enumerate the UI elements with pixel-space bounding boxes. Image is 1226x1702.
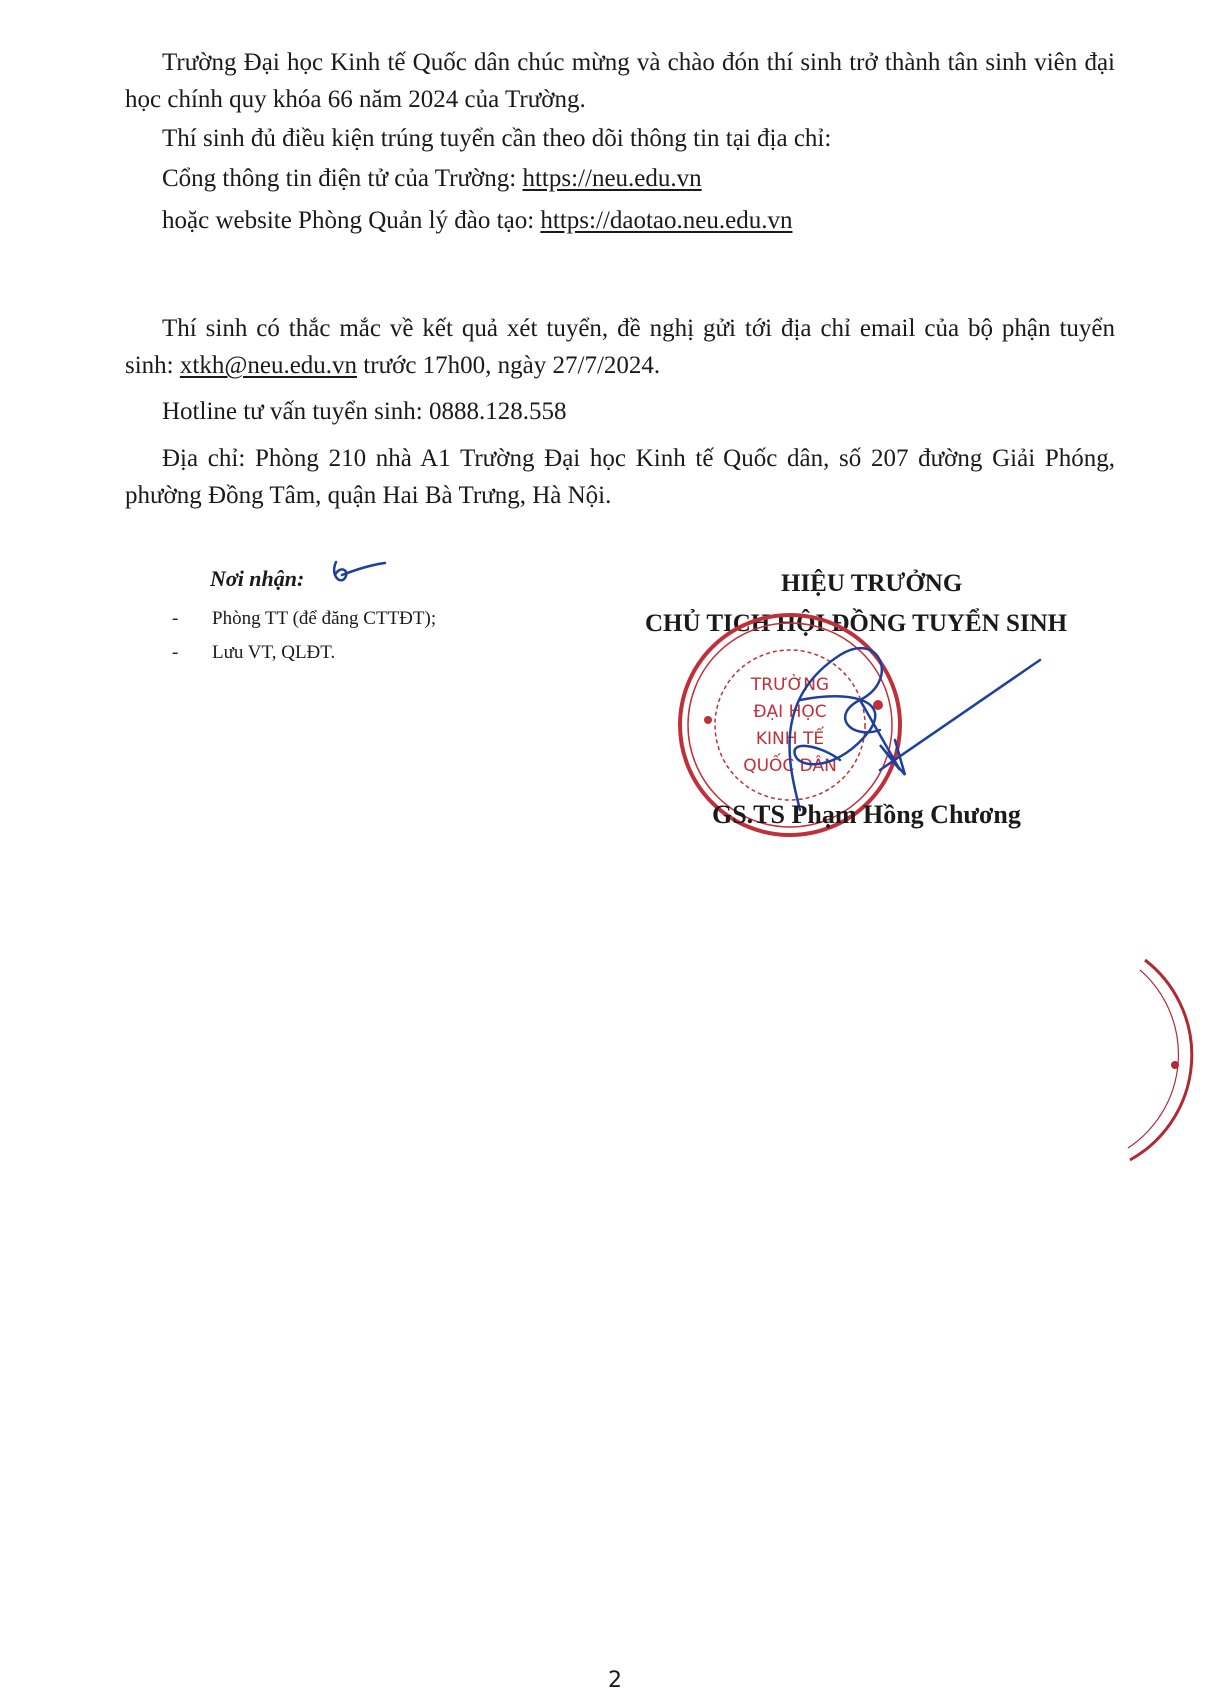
recipient-item: -Lưu VT, QLĐT.: [172, 642, 335, 664]
handwritten-signature-icon: [790, 648, 1040, 810]
portal-line: Cổng thông tin điện tử của Trường: https…: [162, 160, 702, 197]
training-site-line: hoặc website Phòng Quản lý đào tạo: http…: [162, 202, 792, 239]
svg-text:TRƯỜNG: TRƯỜNG: [750, 673, 829, 695]
signer-name: GS.TS Phạm Hồng Chương: [712, 800, 1021, 830]
recipients-title: Nơi nhận:: [210, 566, 304, 592]
svg-text:ĐẠI HỌC: ĐẠI HỌC: [753, 702, 826, 722]
svg-text:KINH TẾ: KINH TẾ: [756, 725, 824, 749]
signature-title-principal: HIỆU TRƯỞNG: [781, 570, 962, 598]
inquiry-email-link[interactable]: xtkh@neu.edu.vn: [180, 352, 357, 379]
address-paragraph: Địa chỉ: Phòng 210 nhà A1 Trường Đại học…: [125, 440, 1115, 514]
initials-mark-icon: [334, 562, 385, 580]
page-number: 2: [608, 1668, 622, 1693]
svg-text:QUỐC DÂN: QUỐC DÂN: [743, 752, 837, 776]
congratulation-paragraph: Trường Đại học Kinh tế Quốc dân chúc mừn…: [125, 44, 1115, 118]
signature-title-council: CHỦ TỊCH HỘI ĐỒNG TUYỂN SINH: [645, 610, 1067, 638]
hotline-line: Hotline tư vấn tuyển sinh: 0888.128.558: [162, 393, 567, 430]
training-site-link[interactable]: https://daotao.neu.edu.vn: [540, 207, 792, 234]
inquiry-paragraph: Thí sinh có thắc mắc về kết quả xét tuyể…: [125, 310, 1115, 384]
follow-info-line: Thí sinh đủ điều kiện trúng tuyển cần th…: [162, 120, 831, 157]
stamp-and-signature-layer: TRƯỜNG ĐẠI HỌC KINH TẾ QUỐC DÂN: [0, 0, 1226, 1702]
partial-stamp-mark-icon: [1128, 960, 1192, 1160]
recipient-item: -Phòng TT (để đăng CTTĐT);: [172, 608, 436, 630]
portal-link[interactable]: https://neu.edu.vn: [522, 165, 701, 192]
